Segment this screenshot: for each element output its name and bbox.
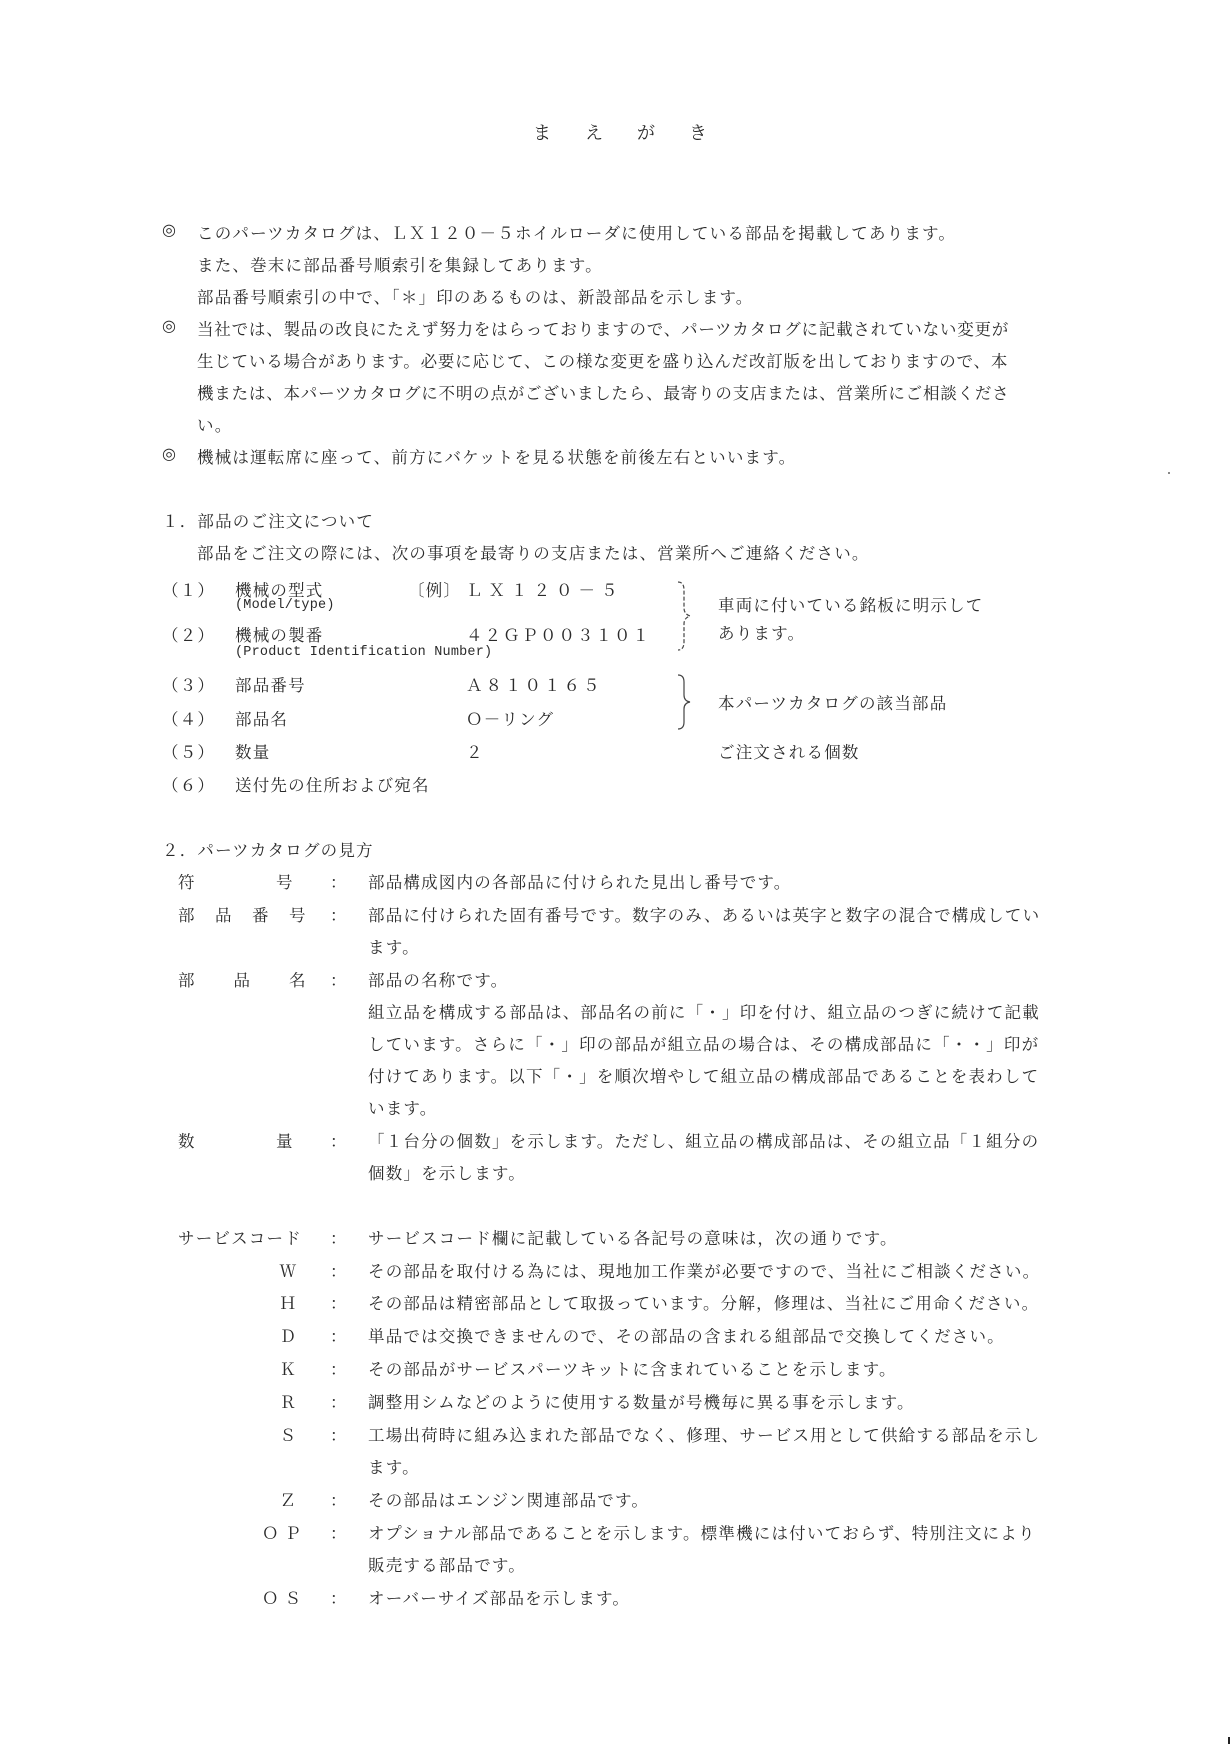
order-item-no: （２） xyxy=(162,622,215,646)
order-item-label: 送付先の住所および宛名 xyxy=(235,772,430,796)
right-brace-icon xyxy=(676,580,696,652)
term-colon: ： xyxy=(330,1487,348,1511)
right-brace-icon xyxy=(676,673,696,731)
section1-heading: １．部品のご注文について xyxy=(162,508,374,532)
service-code-intro: サービスコード欄に記載している各記号の意味は，次の通りです。 xyxy=(368,1225,898,1249)
term-desc: 部品に付けられた固有番号です。数字のみ、あるいは英字と数字の混合で構成してい xyxy=(368,902,1040,926)
term-colon: ： xyxy=(330,1258,348,1282)
order-item-no: （６） xyxy=(162,772,215,796)
term-desc: 部品構成図内の各部品に付けられた見出し番号です。 xyxy=(368,869,791,893)
section2-heading: ２．パーツカタログの見方 xyxy=(162,837,374,861)
term-desc: ます。 xyxy=(368,934,420,958)
order-item-sublabel: (Product Identification Number) xyxy=(235,645,492,660)
order-item-sublabel: (Model/type) xyxy=(235,598,335,613)
term-colon: ： xyxy=(330,1585,348,1609)
term-label: 部 品 名 xyxy=(178,967,308,991)
double-circle-bullet-icon: ◎ xyxy=(162,444,176,463)
service-code-s: Ｓ xyxy=(262,1422,302,1446)
term-desc: 個数」を示します。 xyxy=(368,1160,526,1184)
service-code-desc: その部品がサービスパーツキットに含まれていることを示します。 xyxy=(368,1356,897,1380)
service-code-desc: 単品では交換できませんので、その部品の含まれる組部品で交換してください。 xyxy=(368,1323,1005,1347)
service-code-op: ＯＰ xyxy=(262,1520,302,1544)
term-colon: ： xyxy=(330,902,348,926)
service-code-desc: 販売する部品です。 xyxy=(368,1552,526,1576)
service-code-k: Ｋ xyxy=(262,1356,302,1380)
service-code-w: Ｗ xyxy=(262,1258,302,1282)
double-circle-bullet-icon: ◎ xyxy=(162,316,176,335)
note-quantity: ご注文される個数 xyxy=(718,739,860,763)
term-colon: ： xyxy=(330,1225,348,1249)
note-nameplate-line1: 車両に付いている銘板に明示して xyxy=(718,592,984,616)
order-item-value: ２ xyxy=(466,739,484,763)
term-desc: います。 xyxy=(368,1095,437,1119)
term-colon: ： xyxy=(330,1389,348,1413)
service-code-h: Ｈ xyxy=(262,1290,302,1314)
order-item-value: ＬＸ１２０－５ xyxy=(466,577,624,601)
term-colon: ： xyxy=(330,1356,348,1380)
term-label: 符 号 xyxy=(178,869,301,893)
term-colon: ： xyxy=(330,1128,348,1152)
service-code-d: Ｄ xyxy=(262,1323,302,1347)
order-item-value: Ａ８１０１６５ xyxy=(466,672,603,696)
scan-edge-mark xyxy=(1228,1737,1230,1744)
term-colon: ： xyxy=(330,1520,348,1544)
term-colon: ： xyxy=(330,967,348,991)
term-desc: 組立品を構成する部品は、部品名の前に「・」印を付け、組立品のつぎに続けて記載 xyxy=(368,999,1040,1023)
intro-line: 生じている場合があります。必要に応じて、この様な変更を盛り込んだ改訂版を出してお… xyxy=(197,348,1008,372)
note-nameplate-line2: あります。 xyxy=(718,620,805,644)
service-code-r: Ｒ xyxy=(262,1389,302,1413)
section1-intro: 部品をご注文の際には、次の事項を最寄りの支店または、営業所へご連絡ください。 xyxy=(197,540,870,564)
example-prefix: 〔例〕 xyxy=(408,577,461,601)
intro-line: このパーツカタログは、ＬＸ１２０－５ホイルローダに使用している部品を掲載してあり… xyxy=(197,220,956,244)
order-item-no: （５） xyxy=(162,739,215,763)
term-label: 部 品 番 号 xyxy=(178,902,308,926)
order-item-no: （１） xyxy=(162,577,215,601)
term-label: 数 量 xyxy=(178,1128,301,1152)
scan-speck xyxy=(1168,472,1170,474)
order-item-no: （３） xyxy=(162,672,215,696)
service-code-z: Ｚ xyxy=(262,1487,302,1511)
order-item-value: Ｏ－リング xyxy=(466,706,554,730)
intro-line: また、巻末に部品番号順索引を集録してあります。 xyxy=(197,252,603,276)
double-circle-bullet-icon: ◎ xyxy=(162,220,176,239)
note-catalog-part: 本パーツカタログの該当部品 xyxy=(718,690,947,714)
term-desc: 付けてあります。以下「・」を順次増やして組立品の構成部品であることを表わして xyxy=(368,1063,1039,1087)
term-colon: ： xyxy=(330,1422,348,1446)
intro-line: 当社では、製品の改良にたえず努力をはらっておりますので、パーツカタログに記載され… xyxy=(197,316,1009,340)
page-title: まえがき xyxy=(533,119,741,145)
service-code-desc: オーバーサイズ部品を示します。 xyxy=(368,1585,630,1609)
order-item-value: ４２ＧＰ００３１０１ xyxy=(466,622,651,646)
order-item-label: 機械の製番 xyxy=(235,622,324,646)
intro-line: 部品番号順索引の中で、「＊」印のあるものは、新設部品を示します。 xyxy=(197,284,754,308)
intro-line: 機械は運転席に座って、前方にバケットを見る状態を前後左右といいます。 xyxy=(197,444,796,468)
term-label: サービスコード xyxy=(178,1225,302,1249)
term-colon: ： xyxy=(330,1290,348,1314)
service-code-desc: ます。 xyxy=(368,1454,420,1478)
service-code-desc: その部品はエンジン関連部品です。 xyxy=(368,1487,649,1511)
term-desc: しています。さらに「・」印の部品が組立品の場合は、その構成部品に「・・」印が xyxy=(368,1031,1039,1055)
service-code-desc: その部品を取付ける為には、現地加工作業が必要ですので、当社にご相談ください。 xyxy=(368,1258,1040,1282)
term-desc: 「１台分の個数」を示します。ただし、組立品の構成部品は、その組立品「１組分の xyxy=(368,1128,1039,1152)
service-code-desc: その部品は精密部品として取扱っています。分解，修理は、当社にご用命ください。 xyxy=(368,1290,1039,1314)
order-item-label: 部品名 xyxy=(235,706,288,730)
service-code-desc: 工場出荷時に組み込まれた部品でなく、修理、サービス用として供給する部品を示し xyxy=(368,1422,1040,1446)
service-code-os: ＯＳ xyxy=(262,1585,302,1609)
term-desc: 部品の名称です。 xyxy=(368,967,508,991)
intro-line: 機または、本パーツカタログに不明の点がございましたら、最寄りの支店または、営業所… xyxy=(197,380,1009,404)
order-item-no: （４） xyxy=(162,706,215,730)
service-code-desc: オプショナル部品であることを示します。標準機には付いておらず、特別注文により xyxy=(368,1520,1036,1544)
order-item-label: 部品番号 xyxy=(235,672,306,696)
intro-line: い。 xyxy=(197,412,232,436)
order-item-label: 数量 xyxy=(235,739,270,763)
service-code-desc: 調整用シムなどのように使用する数量が号機毎に異る事を示します。 xyxy=(368,1389,915,1413)
term-colon: ： xyxy=(330,1323,348,1347)
term-colon: ： xyxy=(330,869,348,893)
